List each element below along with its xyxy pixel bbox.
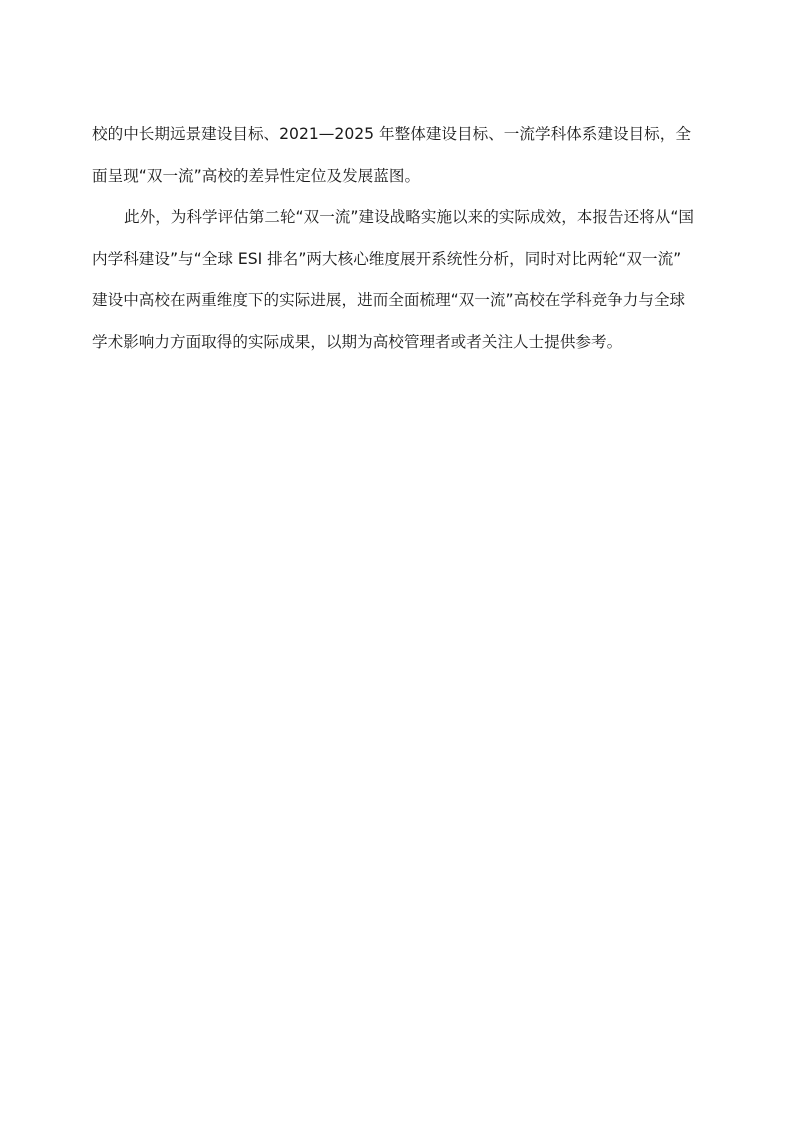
text-line: 内学科建设”与“全球 ESI 排名”两大核心维度展开系统性分析，同时对比两轮“双… xyxy=(92,239,702,281)
paragraph-additional-analysis: 此外，为科学评估第二轮“双一流”建设战略实施以来的实际成效，本报告还将从“国 内… xyxy=(92,197,702,363)
text-line: 此外，为科学评估第二轮“双一流”建设战略实施以来的实际成效，本报告还将从“国 xyxy=(92,197,702,239)
document-page: 校的中长期远景建设目标、2021—2025 年整体建设目标、一流学科体系建设目标… xyxy=(92,114,702,364)
text-line: 面呈现“双一流”高校的差异性定位及发展蓝图。 xyxy=(92,156,702,198)
text-line: 校的中长期远景建设目标、2021—2025 年整体建设目标、一流学科体系建设目标… xyxy=(92,114,702,156)
paragraph-continued: 校的中长期远景建设目标、2021—2025 年整体建设目标、一流学科体系建设目标… xyxy=(92,114,702,197)
text-line: 学术影响力方面取得的实际成果，以期为高校管理者或者关注人士提供参考。 xyxy=(92,322,702,364)
text-line: 建设中高校在两重维度下的实际进展，进而全面梳理“双一流”高校在学科竞争力与全球 xyxy=(92,280,702,322)
